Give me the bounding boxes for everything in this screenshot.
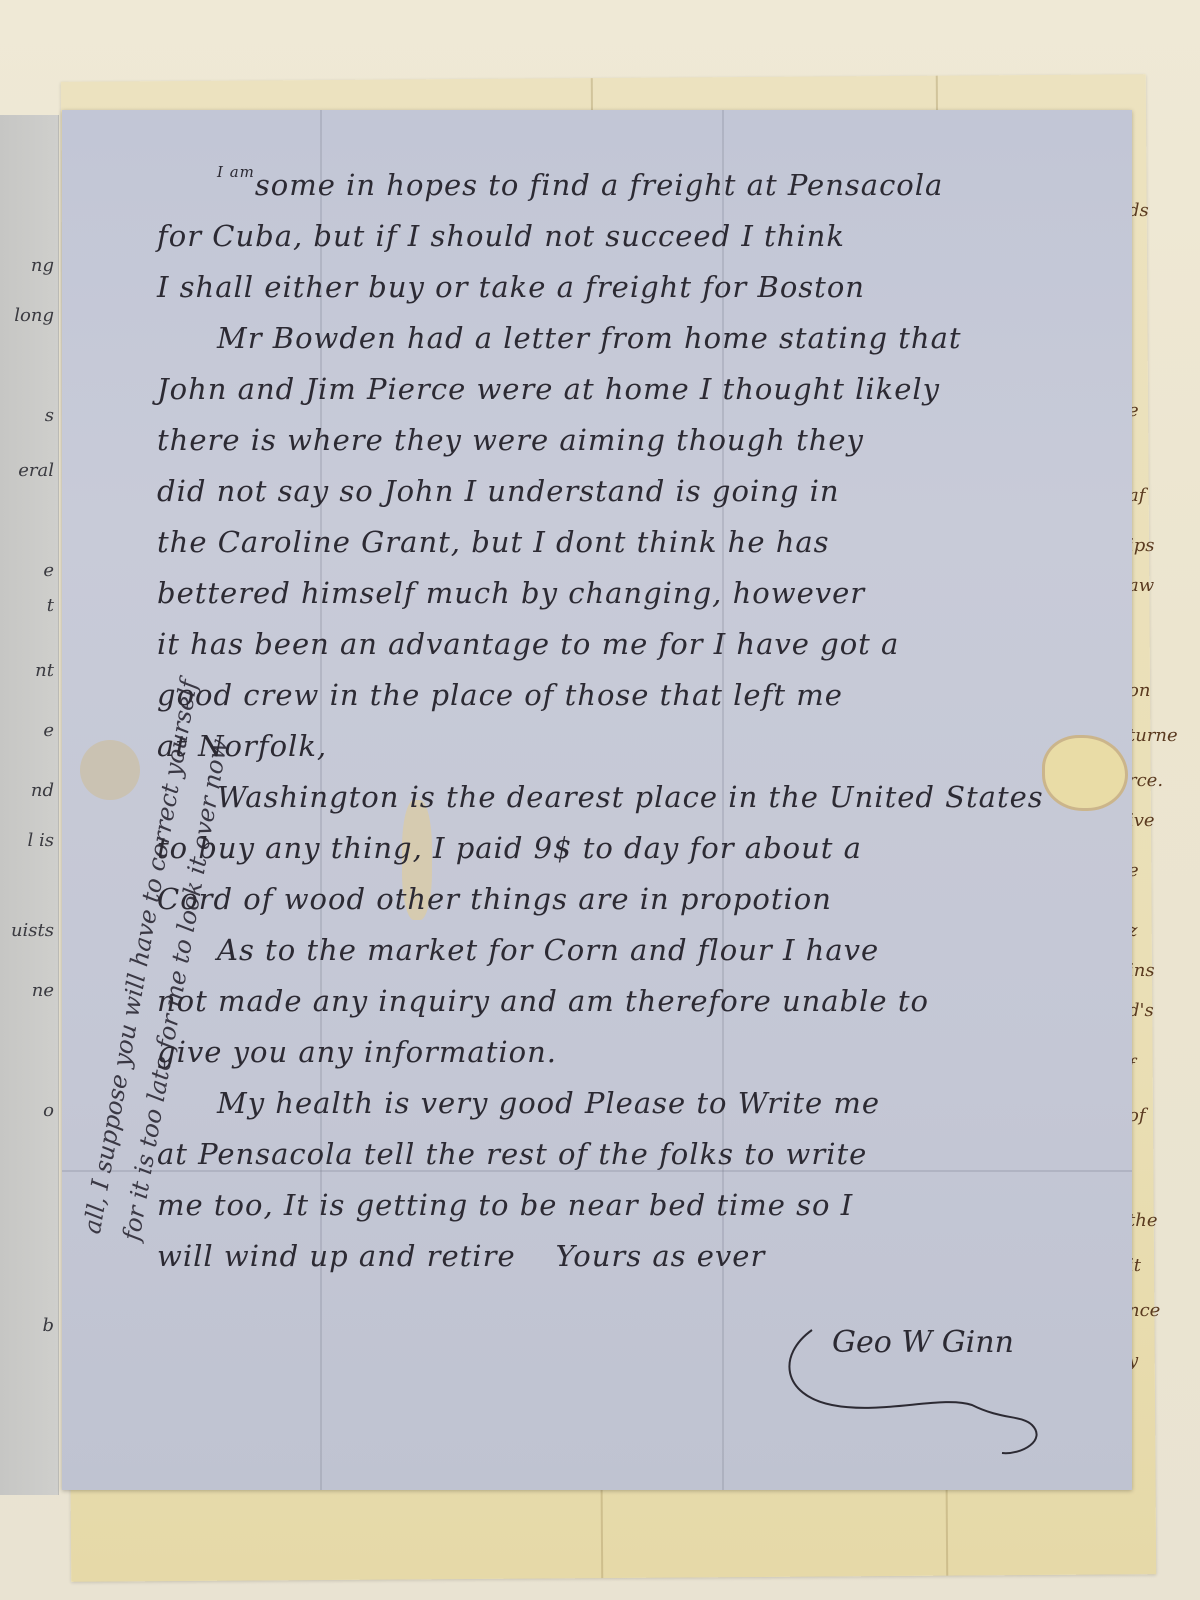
- left-fragment: ng: [31, 255, 54, 276]
- left-sheet: ng long s eral e t nt e nd l is uists ne…: [0, 115, 59, 1495]
- left-fragment: e: [43, 560, 54, 581]
- left-fragment: ne: [32, 980, 54, 1001]
- left-fragment: e: [43, 720, 54, 741]
- letter-line: good crew in the place of those that lef…: [157, 670, 1117, 721]
- left-fragment: eral: [18, 460, 54, 481]
- letter-body: I amsome in hopes to find a freight at P…: [157, 160, 1117, 1282]
- left-fragment: t: [47, 595, 54, 616]
- left-fragment: o: [43, 1100, 54, 1121]
- letter-line: to buy any thing, I paid 9$ to day for a…: [157, 823, 1117, 874]
- letter-line: bettered himself much by changing, howev…: [157, 568, 1117, 619]
- left-fragment: long: [14, 305, 54, 326]
- left-fragment: l is: [28, 830, 54, 851]
- letter-line: not made any inquiry and am therefore un…: [157, 976, 1117, 1027]
- letter-line: Cord of wood other things are in propoti…: [157, 874, 1117, 925]
- left-fragment: nd: [31, 780, 54, 801]
- back-fragment: the: [1128, 1210, 1157, 1231]
- letter-line: it has been an advantage to me for I hav…: [157, 619, 1117, 670]
- back-fragment: rce.: [1128, 770, 1163, 791]
- letter-line: the Caroline Grant, but I dont think he …: [157, 517, 1117, 568]
- letter-line: Mr Bowden had a letter from home stating…: [157, 313, 1117, 364]
- back-fragment: nce: [1128, 1300, 1160, 1321]
- signature: Geo W Ginn: [832, 1325, 1014, 1360]
- letter-line: give you any information.: [157, 1027, 1117, 1078]
- letter-line: Washington is the dearest place in the U…: [157, 772, 1117, 823]
- letter-line: As to the market for Corn and flour I ha…: [157, 925, 1117, 976]
- left-fragment: nt: [35, 660, 54, 681]
- left-fragment: s: [45, 405, 54, 426]
- letter-line: did not say so John I understand is goin…: [157, 466, 1117, 517]
- letter-line: will wind up and retireYours as ever: [157, 1231, 1117, 1282]
- letter-line: at Norfolk,: [157, 721, 1117, 772]
- left-fragment: b: [42, 1315, 54, 1336]
- letter-page: all, I suppose you will have to correct …: [62, 110, 1132, 1490]
- letter-line: me too, It is getting to be near bed tim…: [157, 1180, 1117, 1231]
- left-fragment: uists: [11, 920, 54, 941]
- closing: Yours as ever: [516, 1239, 766, 1273]
- letter-line: for Cuba, but if I should not succeed I …: [157, 211, 1117, 262]
- letter-line: at Pensacola tell the rest of the folks …: [157, 1129, 1117, 1180]
- letter-line: My health is very good Please to Write m…: [157, 1078, 1117, 1129]
- back-fragment: turne: [1128, 725, 1178, 746]
- left-sheet-text: ng long s eral e t nt e nd l is uists ne…: [0, 115, 58, 1495]
- letter-line: John and Jim Pierce were at home I thoug…: [157, 364, 1117, 415]
- letter-line: there is where they were aiming though t…: [157, 415, 1117, 466]
- letter-line: I shall either buy or take a freight for…: [157, 262, 1117, 313]
- insertion-mark: I am: [217, 163, 255, 181]
- letter-line: I amsome in hopes to find a freight at P…: [157, 160, 1117, 211]
